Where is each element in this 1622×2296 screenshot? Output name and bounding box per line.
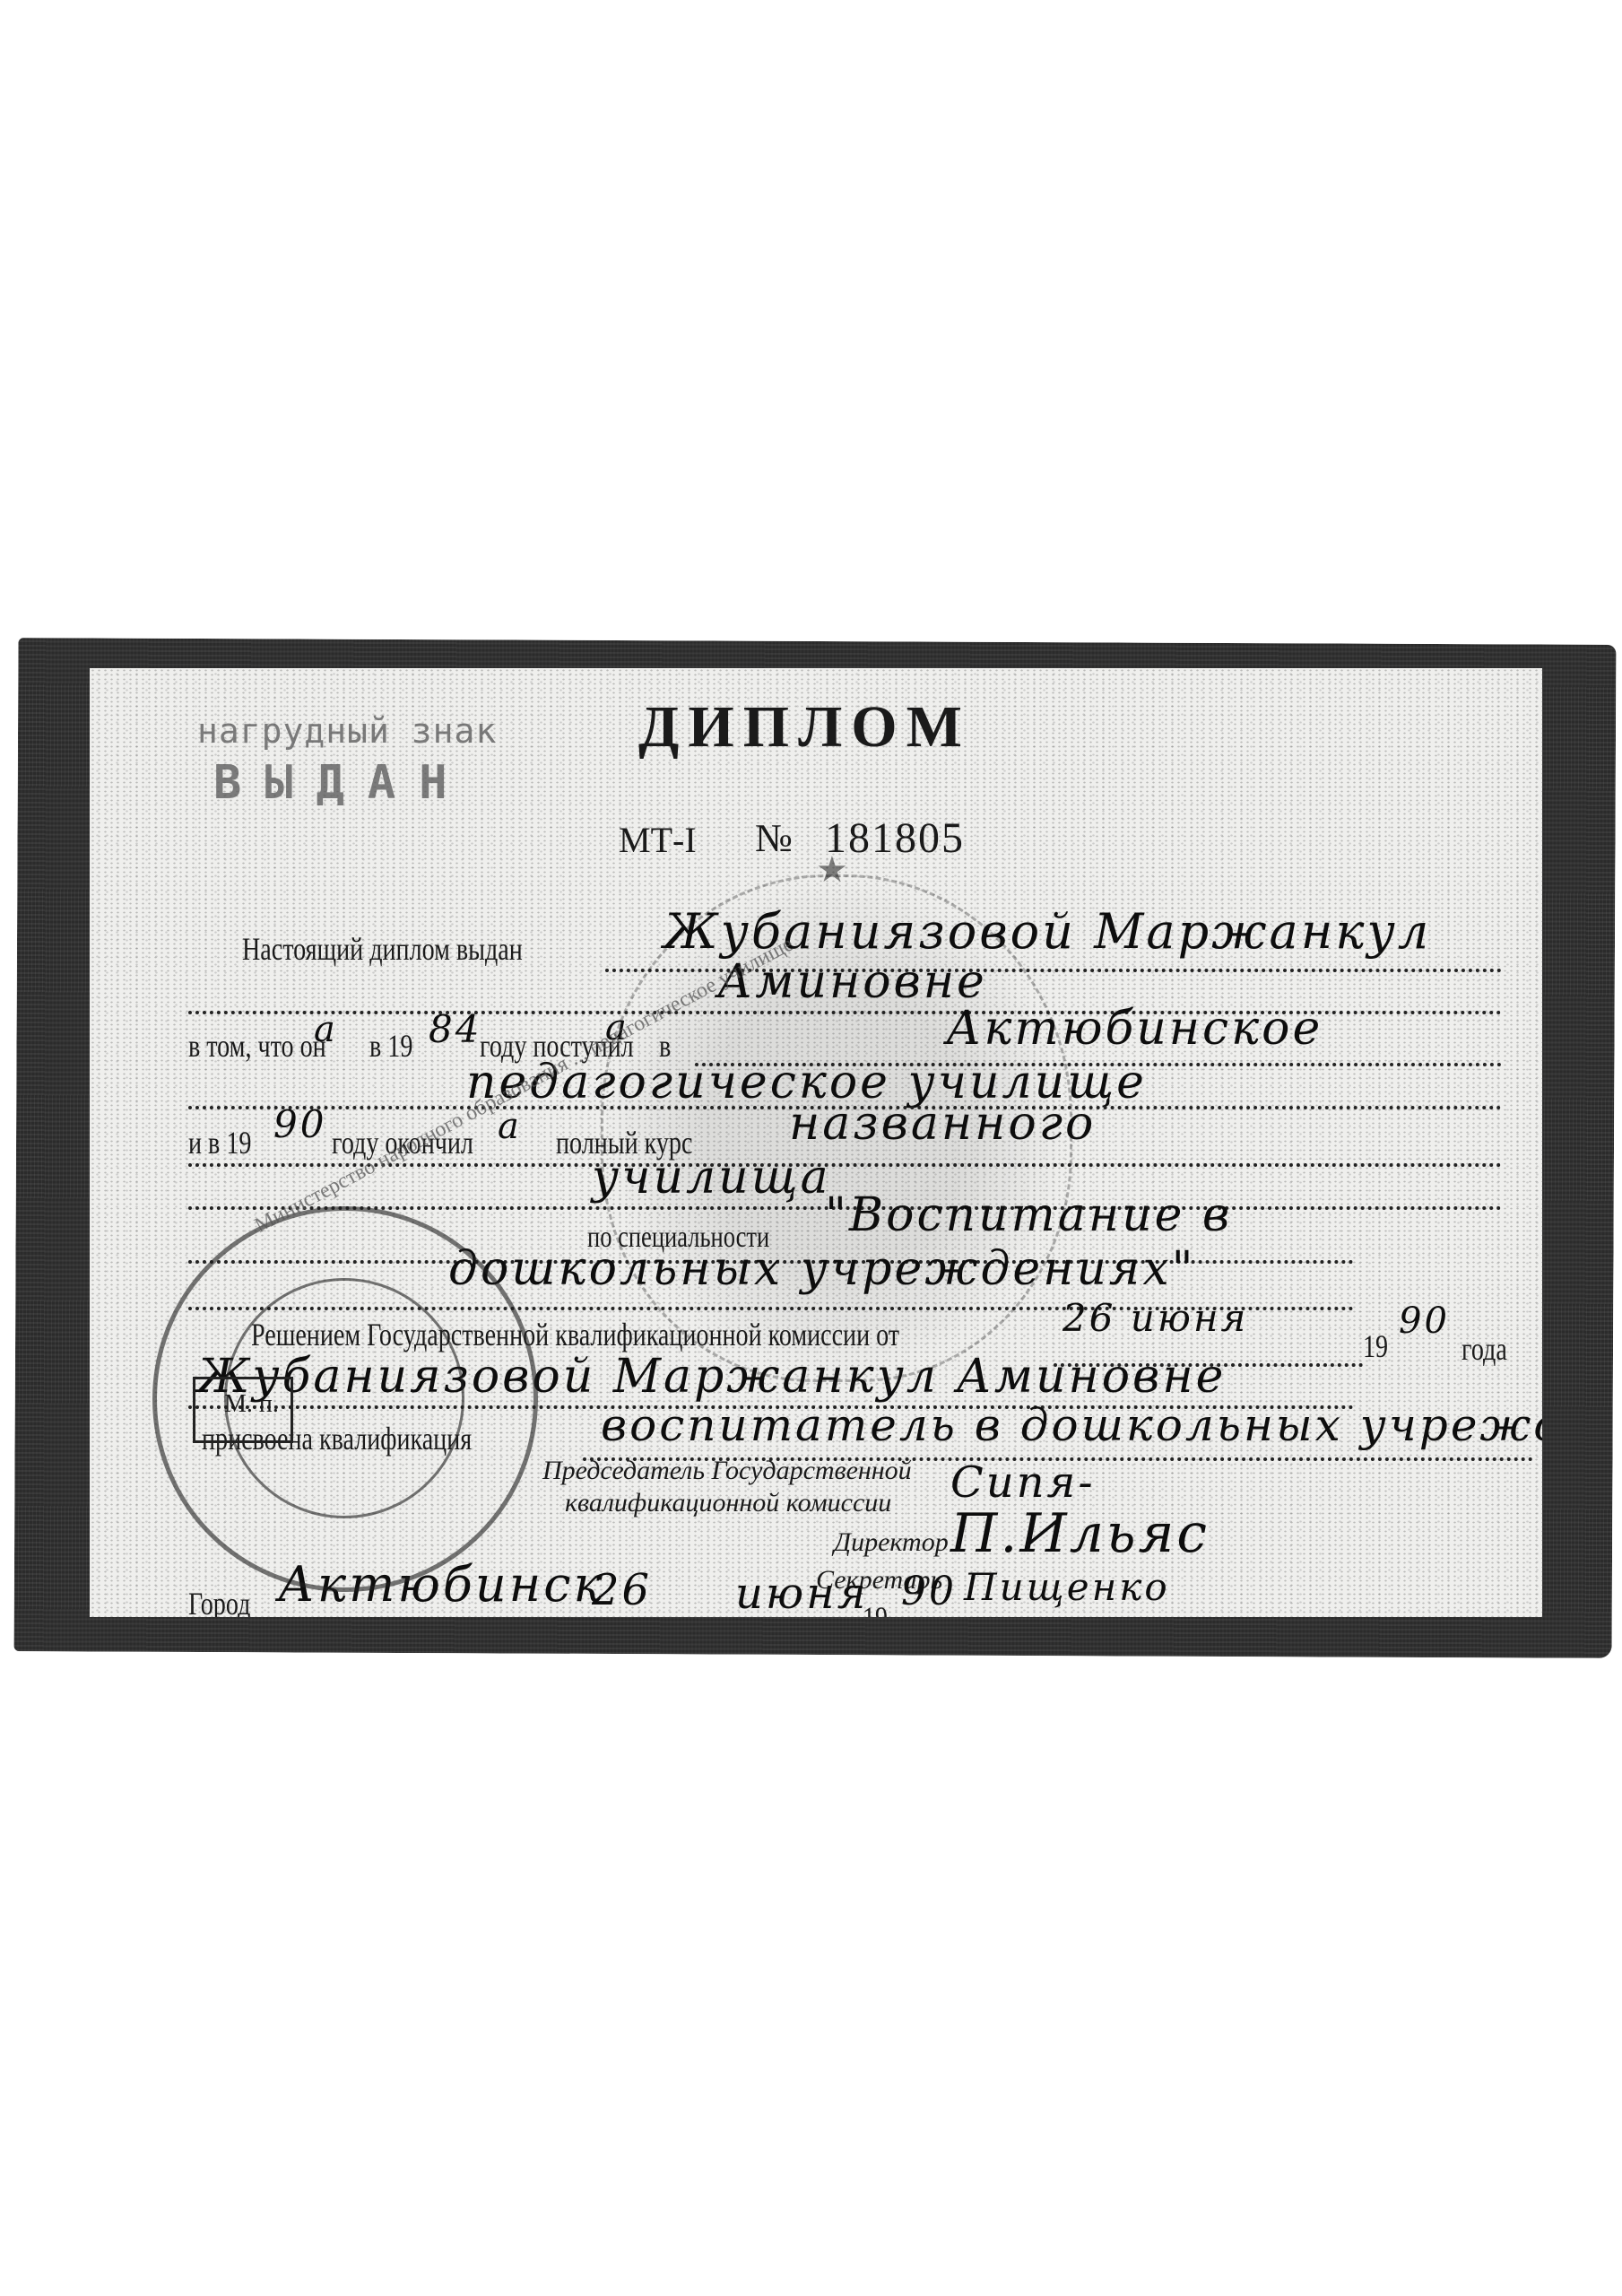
handwritten-specialty-line2: дошкольных учреждениях" [448,1242,1196,1296]
label-chairman-line2: квалификационной комиссии [565,1488,891,1518]
chairman-signature: Сипя- [950,1457,1096,1508]
quote-mark: , [556,1592,564,1617]
number-sign: № [755,815,793,861]
handwritten-course-line2: училища [592,1151,831,1205]
document-title: ДИПЛОМ [638,693,971,761]
diploma-page: ★ нагрудный знак ВЫДАН ДИПЛОМ МТ-I № 181… [90,668,1542,1617]
seal-box-label: М. п. [224,1390,279,1419]
handwritten-course-line1: названного [789,1097,1096,1151]
stamp-badge-issued-line2: ВЫДАН [213,756,471,810]
label-date-year-word: года. [950,1603,1002,1617]
handwritten-date-day: 26 [592,1565,652,1615]
director-signature: П.Ильяс [950,1502,1210,1565]
handwritten-decision-date: 26 июня [1063,1296,1248,1340]
handwritten-gender-suffix: а [314,1009,338,1050]
label-in-that-he: в том, что он [188,1027,326,1065]
handwritten-date-month: июня [735,1569,869,1617]
label-year-word: года [1462,1330,1507,1368]
label-issued-to: Настоящий диплом выдан [242,930,523,968]
handwritten-decision-year: 90 [1399,1300,1450,1342]
handwritten-institution-line1: Актюбинское [946,1002,1323,1056]
label-year-19: 19 [1363,1327,1388,1365]
handwritten-gender-suffix: а [498,1106,522,1147]
handwritten-year-entered: 84 [429,1007,481,1051]
handwritten-qualification: воспитатель в дошкольных учреждениях [601,1399,1542,1451]
label-date-year-19: 19 [863,1599,888,1617]
stamp-badge-issued-line1: нагрудный знак [197,711,497,751]
handwritten-date-year: 90 [901,1569,957,1614]
handwritten-year-finished: 90 [273,1102,326,1146]
label-and-in-year: и в 19 [188,1124,251,1161]
label-city: Город [188,1585,250,1617]
diploma-number: 181805 [825,813,965,863]
diploma-series: МТ-I [619,819,697,861]
label-in-year: в 19 [369,1027,412,1065]
handwritten-specialty-line1: "Воспитание в [825,1188,1232,1242]
label-chairman-line1: Председатель Государственной [542,1456,912,1486]
label-director: Директор [834,1527,949,1558]
